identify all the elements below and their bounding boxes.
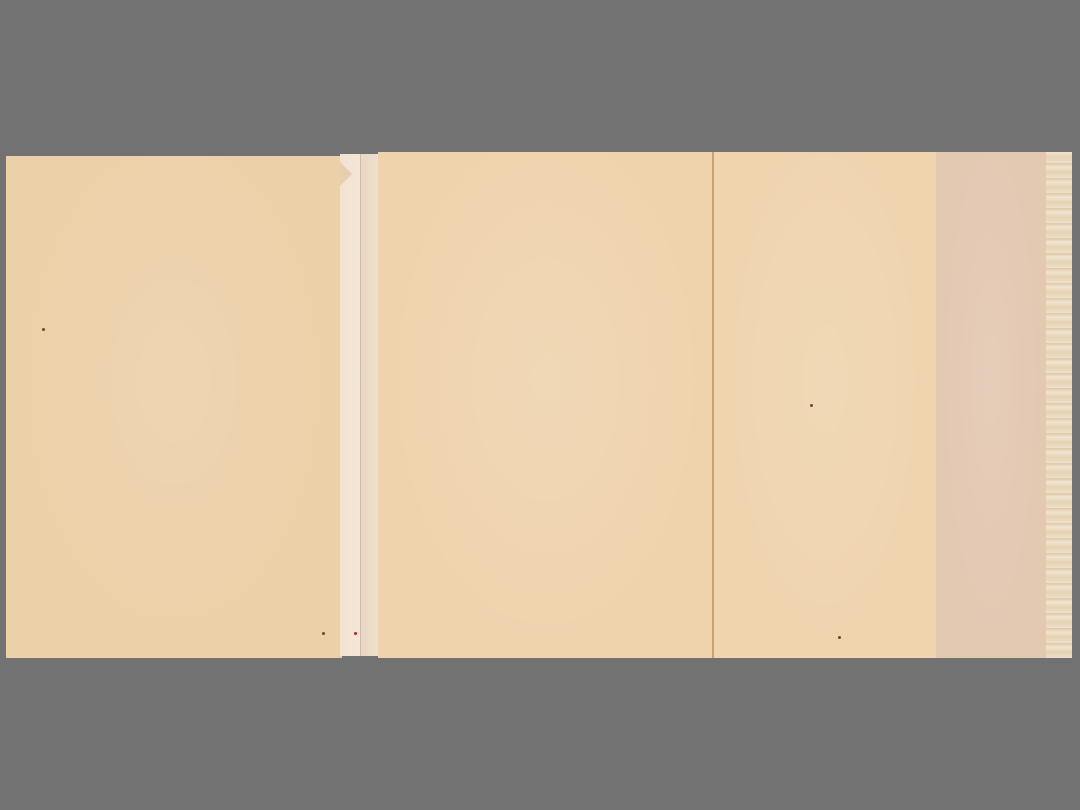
torn-notch — [340, 162, 352, 186]
ragged-edge — [1046, 152, 1072, 658]
left-panel — [6, 156, 342, 658]
speck — [322, 632, 325, 635]
speck — [838, 636, 841, 639]
hinge-edge-line — [360, 154, 361, 656]
right-panel — [714, 152, 936, 658]
speck — [354, 632, 357, 635]
speck — [42, 328, 45, 331]
speck — [810, 404, 813, 407]
paper-hinge-strip — [340, 154, 378, 656]
right-margin-strip — [936, 152, 1046, 658]
paper-sheet — [6, 152, 1072, 658]
center-panel — [378, 152, 714, 658]
